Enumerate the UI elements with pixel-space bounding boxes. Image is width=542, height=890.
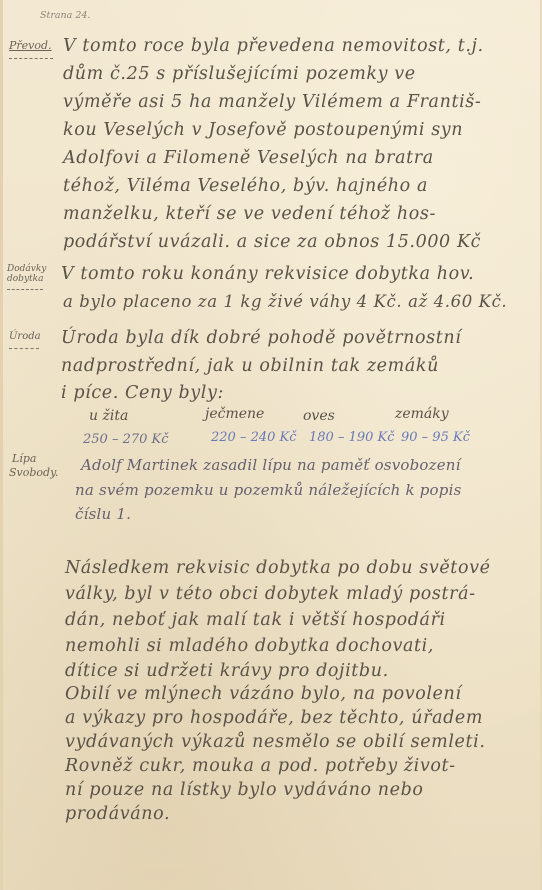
margin-label-text: dobytka bbox=[7, 274, 46, 284]
text-line: ní pouze na lístky bylo vydáváno nebo bbox=[65, 780, 424, 800]
text-line: dítice si udržeti krávy pro dojitbu. bbox=[65, 661, 389, 681]
text-line: kou Veselých v Josefově postoupenými syn bbox=[63, 120, 463, 140]
text-line: dům č.25 s příslušejícími pozemky ve bbox=[63, 64, 416, 84]
margin-label-prevod: Převod. bbox=[9, 40, 53, 59]
text-line: Adolfovi a Filomeně Veselých na bratra bbox=[63, 148, 434, 168]
wavy-underline bbox=[9, 344, 39, 349]
price-header-zito: u žita bbox=[89, 408, 128, 424]
text-line: Úroda byla dík dobré pohodě povětrnostní bbox=[61, 328, 461, 348]
text-line: nadprostřední, jak u obilnin tak zemáků bbox=[61, 356, 439, 376]
price-value-oves: 180 – 190 Kč bbox=[309, 430, 395, 445]
margin-label-text: Svobody. bbox=[9, 466, 58, 480]
margin-label-text: Dodávky bbox=[7, 264, 46, 274]
manuscript-page: Strana 24. Převod. V tomto roce byla pře… bbox=[0, 0, 542, 890]
margin-label-dodavky: Dodávky dobytka bbox=[7, 264, 46, 290]
text-line: podářství uvázali. a sice za obnos 15.00… bbox=[63, 232, 481, 252]
text-line: vydávaných výkazů nesmělo se obilí semle… bbox=[65, 732, 486, 752]
text-line: výměře asi 5 ha manžely Vilémem a Franti… bbox=[63, 92, 481, 112]
price-value-zemaky: 90 – 95 Kč bbox=[401, 430, 470, 445]
margin-label-text: Převod. bbox=[9, 39, 52, 52]
text-line: prodáváno. bbox=[65, 804, 170, 824]
text-line: nemohli si mladého dobytka dochovati, bbox=[65, 636, 434, 656]
text-line: a bylo placeno za 1 kg živé váhy 4 Kč. a… bbox=[63, 292, 507, 311]
margin-label-text: Lípa bbox=[9, 452, 58, 466]
margin-label-text: Úroda bbox=[9, 331, 41, 342]
margin-label-uroda: Úroda bbox=[9, 331, 41, 349]
price-header-zemaky: zemáky bbox=[395, 406, 449, 422]
price-header-oves: oves bbox=[303, 408, 335, 424]
text-line: V tomto roku konány rekvisice dobytka ho… bbox=[61, 264, 474, 284]
text-line: Adolf Martinek zasadil lípu na paměť osv… bbox=[81, 456, 461, 474]
margin-label-lipa: Lípa Svobody. bbox=[9, 452, 58, 480]
text-line: téhož, Viléma Veselého, býv. hajného a bbox=[63, 176, 428, 196]
text-line: války, byl v této obci dobytek mladý pos… bbox=[65, 584, 476, 604]
wavy-underline bbox=[9, 54, 53, 59]
text-line: a výkazy pro hospodáře, bez těchto, úřad… bbox=[65, 708, 483, 728]
text-line: Následkem rekvisic dobytka po dobu světo… bbox=[65, 558, 491, 578]
text-line: Obilí ve mlýnech vázáno bylo, na povolen… bbox=[65, 684, 462, 704]
text-line: číslu 1. bbox=[75, 505, 131, 523]
price-header-jecmen: ječmene bbox=[205, 406, 264, 422]
text-line: i píce. Ceny byly: bbox=[61, 383, 224, 403]
text-line: na svém pozemku u pozemků náležejících k… bbox=[75, 481, 461, 499]
page-number: Strana 24. bbox=[40, 10, 90, 21]
price-value-jecmen: 220 – 240 Kč bbox=[211, 430, 297, 445]
price-value-zito: 250 – 270 Kč bbox=[83, 432, 169, 447]
text-line: dán, neboť jak malí tak i větší hospodář… bbox=[65, 610, 446, 630]
text-line: manželku, kteří se ve vedení téhož hos- bbox=[63, 204, 436, 224]
wavy-underline bbox=[7, 285, 43, 290]
text-line: V tomto roce byla převedena nemovitost, … bbox=[63, 36, 484, 56]
text-line: Rovněž cukr, mouka a pod. potřeby život- bbox=[65, 756, 456, 776]
